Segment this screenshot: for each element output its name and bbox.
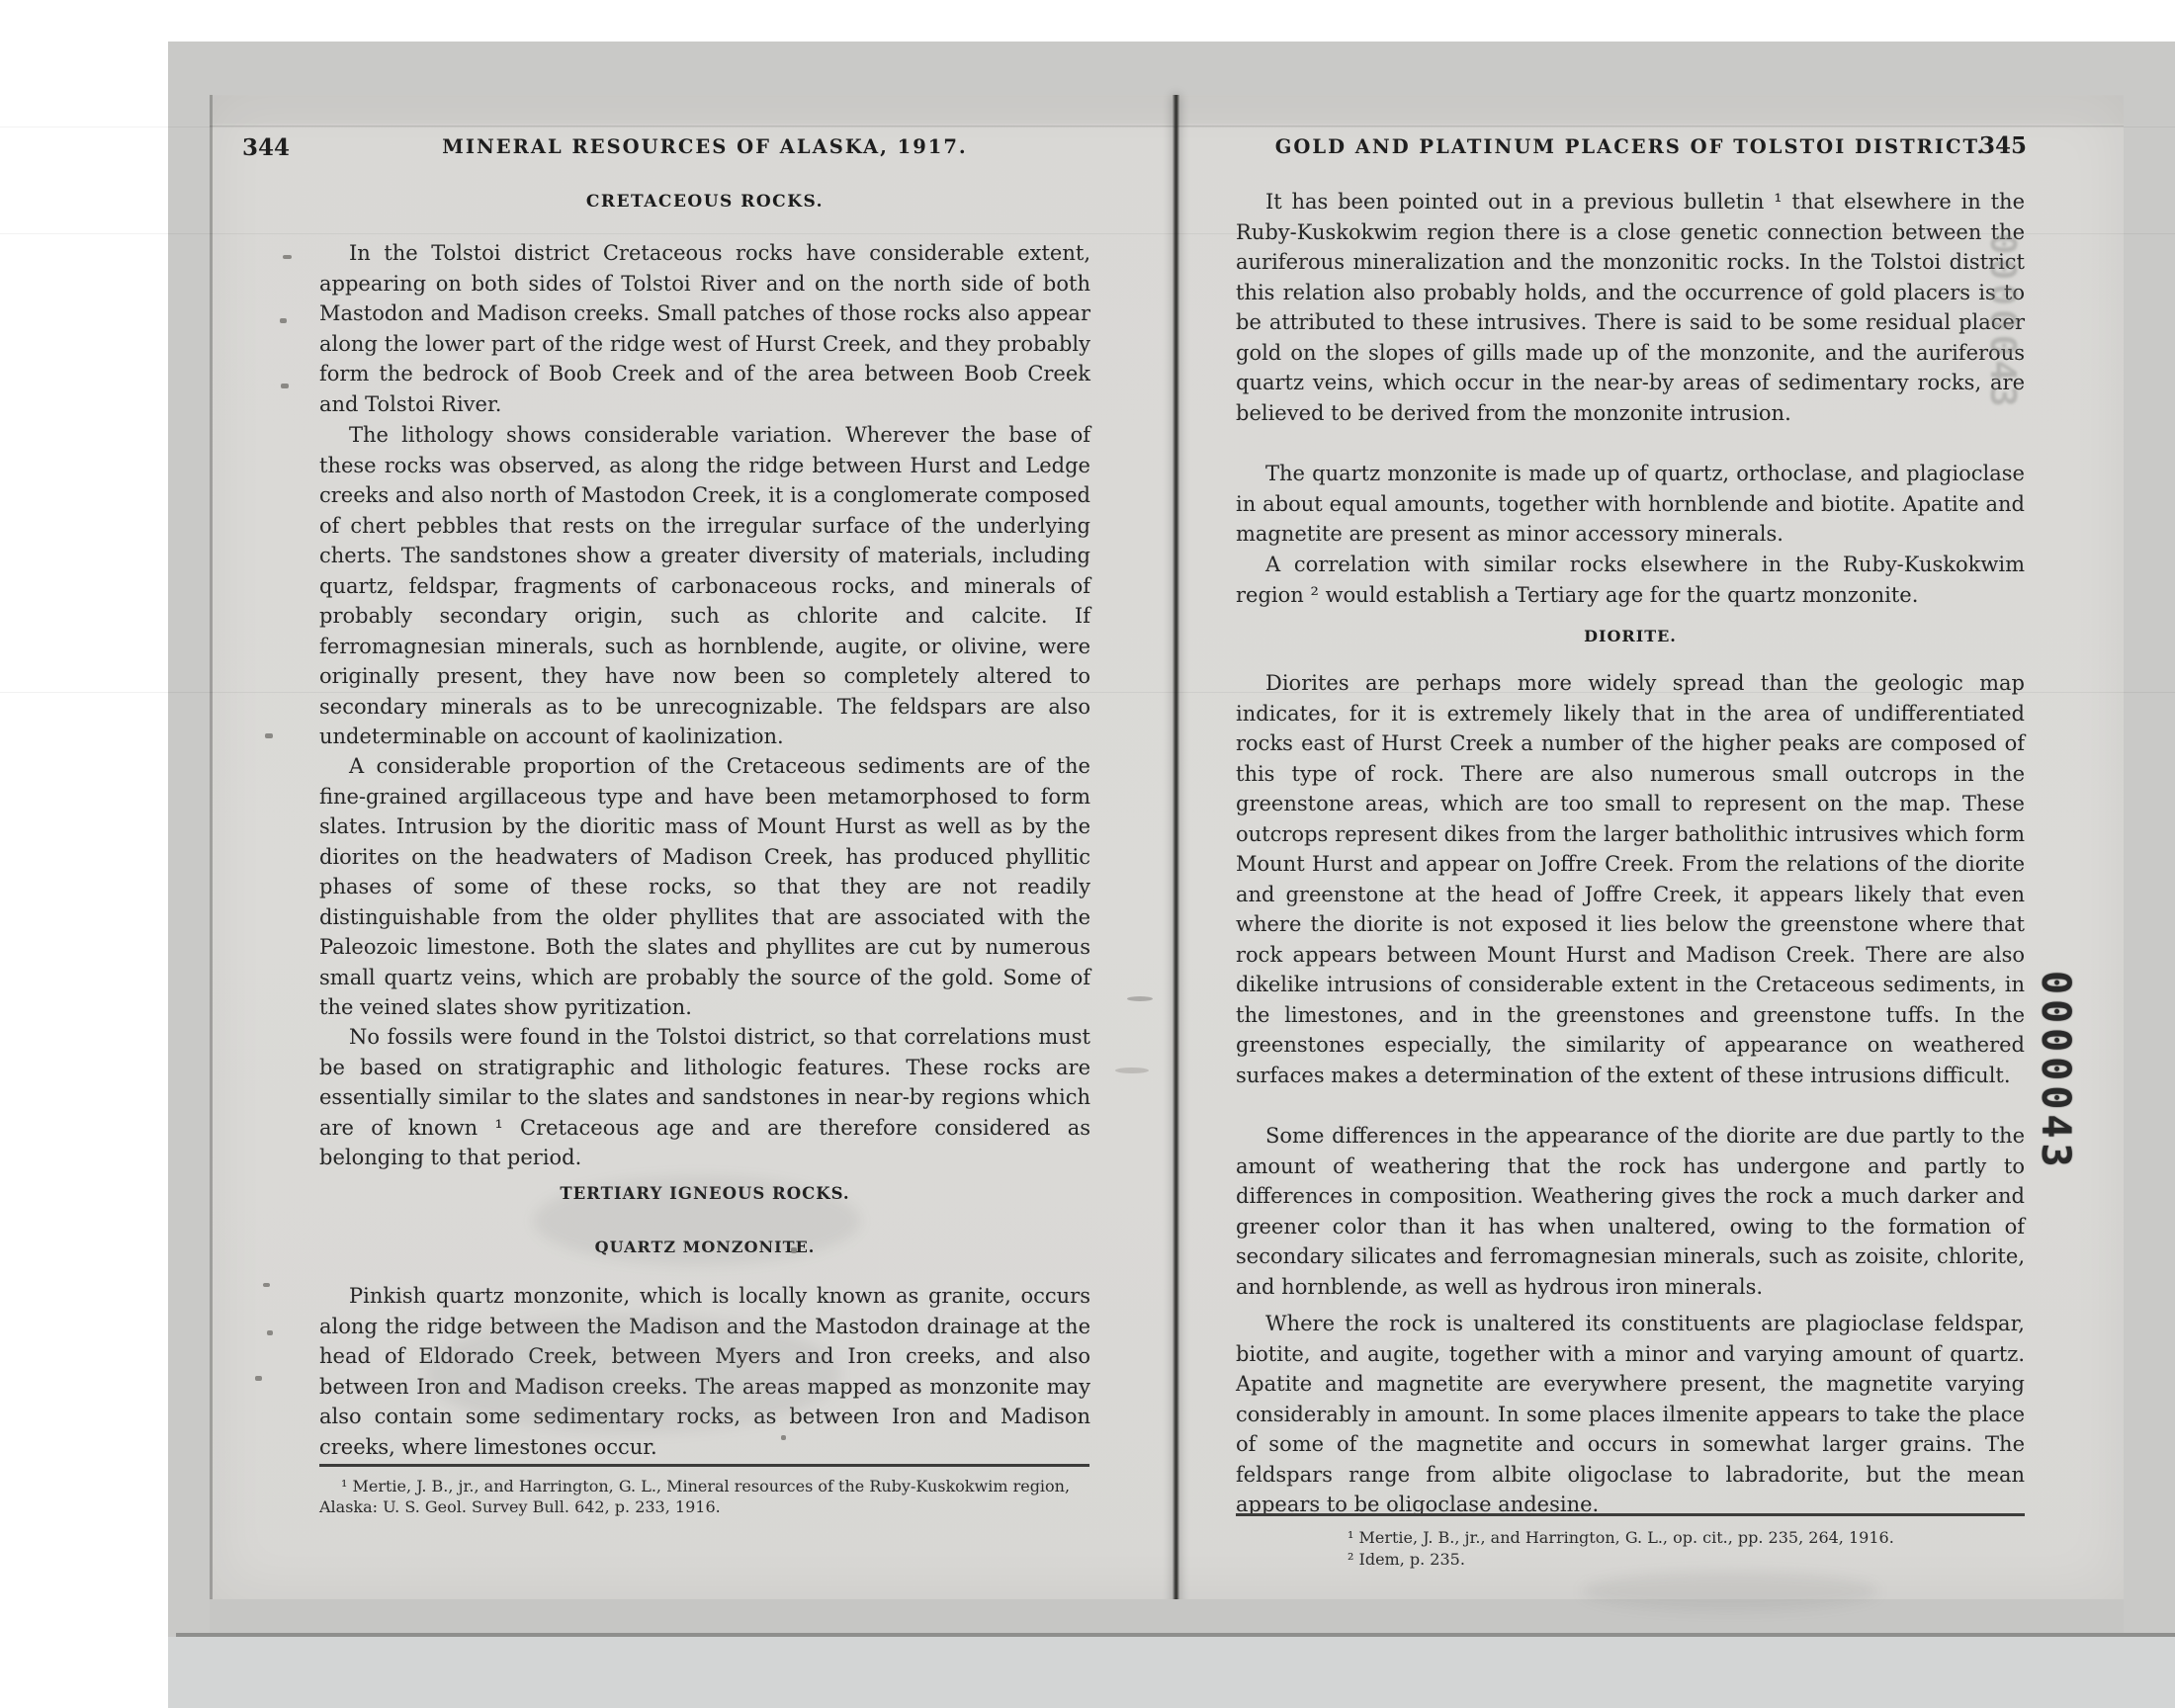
serial-number-stamp-ghost: 0000043 (1982, 233, 2023, 411)
left-paragraph: A considerable proportion of the Cretace… (319, 751, 1090, 1023)
scan-speck (283, 255, 292, 259)
left-footnote-rule (319, 1464, 1089, 1467)
left-paragraph: The lithology shows considerable variati… (319, 420, 1090, 752)
right-page-number: 345 (1967, 132, 2027, 159)
left-paragraph: In the Tolstoi district Cretaceous rocks… (319, 238, 1090, 419)
section-heading-cretaceous-rocks: CRETACEOUS ROCKS. (319, 192, 1090, 212)
right-paragraph: A correlation with similar rocks elsewhe… (1236, 550, 2025, 610)
scan-speck (267, 1330, 273, 1335)
left-page-number: 344 (242, 134, 290, 161)
section-heading-diorite: DIORITE. (1236, 627, 2025, 645)
pencil-mark (1127, 996, 1153, 1001)
scan-speck (263, 1283, 270, 1287)
show-through-smudge (1582, 1572, 1878, 1611)
right-footnote: ¹ Mertie, J. B., jr., and Harrington, G.… (1236, 1528, 2025, 1549)
right-paragraph: Some differences in the appearance of th… (1236, 1121, 2025, 1302)
scanner-bed-bottom (168, 1637, 2175, 1708)
right-footnote-rule (1236, 1513, 2025, 1516)
left-running-header: MINERAL RESOURCES OF ALASKA, 1917. (319, 135, 1090, 158)
scan-speck (255, 1376, 262, 1381)
left-paragraph: No fossils were found in the Tolstoi dis… (319, 1022, 1090, 1173)
scan-speck (281, 384, 289, 388)
show-through-smudge (534, 1176, 860, 1265)
show-through-smudge (425, 1315, 840, 1433)
pencil-mark (1115, 1067, 1149, 1073)
scan-speck (265, 733, 273, 738)
book-gutter (1173, 95, 1179, 1639)
right-paragraph: The quartz monzonite is made up of quart… (1236, 459, 2025, 550)
serial-number-stamp: 0000043 (2033, 971, 2078, 1172)
right-paragraph: Where the rock is unaltered its constitu… (1236, 1309, 2025, 1520)
right-paragraph: Diorites are perhaps more widely spread … (1236, 668, 2025, 1090)
left-footnote: ¹ Mertie, J. B., jr., and Harrington, G.… (319, 1477, 1090, 1517)
scan-speck (781, 1435, 786, 1440)
right-footnote: ² Idem, p. 235. (1236, 1550, 2025, 1571)
scan-speck (280, 318, 287, 323)
scan-streak (0, 127, 2175, 128)
right-paragraph: It has been pointed out in a previous bu… (1236, 187, 2025, 428)
right-running-header: GOLD AND PLATINUM PLACERS OF TOLSTOI DIS… (1236, 135, 2025, 158)
